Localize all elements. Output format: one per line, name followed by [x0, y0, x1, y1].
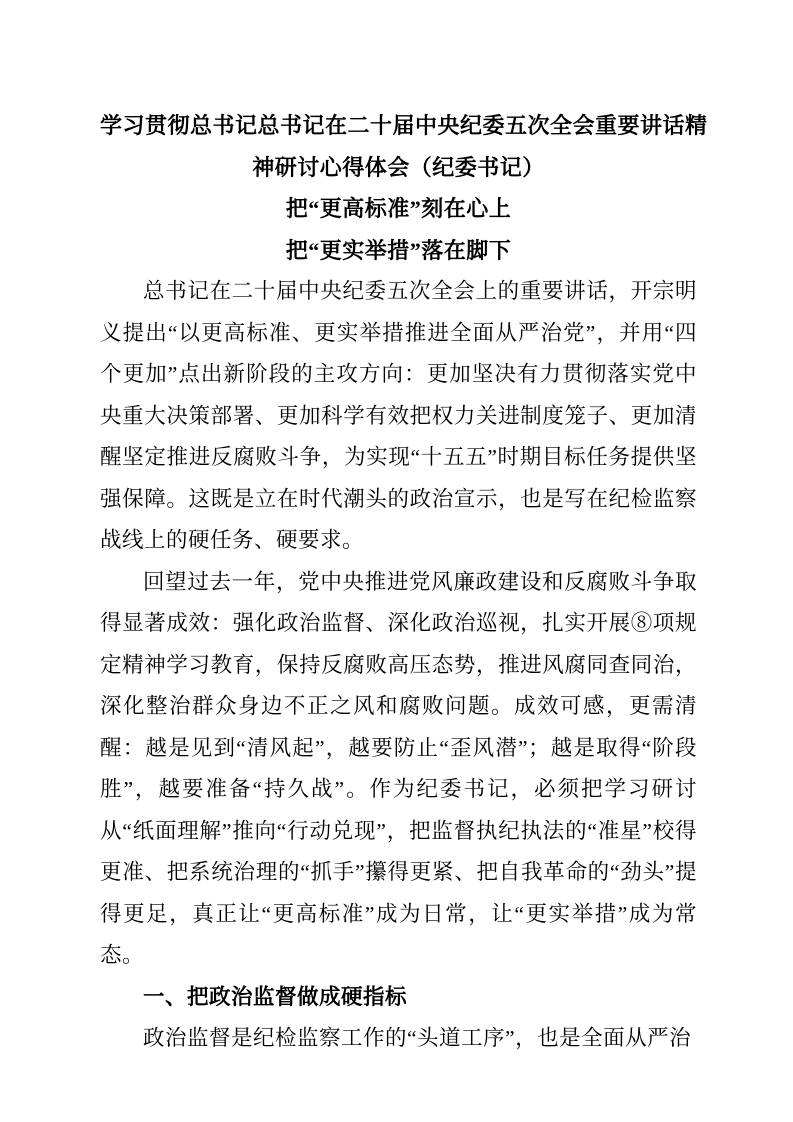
paragraph-1: 总书记在二十届中央纪委五次全会上的重要讲话，开宗明义提出“以更高标准、更实举措推… [100, 271, 697, 562]
document-title-line-1: 学习贯彻总书记总书记在二十届中央纪委五次全会重要讲话精 [100, 105, 697, 147]
document-title-line-2: 神研讨心得体会（纪委书记） [100, 147, 697, 189]
document-title: 学习贯彻总书记总书记在二十届中央纪委五次全会重要讲话精 神研讨心得体会（纪委书记… [100, 105, 697, 188]
section-heading-1: 一、把政治监督做成硬指标 [100, 977, 697, 1019]
paragraph-2: 回望过去一年，党中央推进党风廉政建设和反腐败斗争取得显著成效：强化政治监督、深化… [100, 562, 697, 977]
paragraph-3: 政治监督是纪检监察工作的“头道工序”，也是全面从严治 [100, 1018, 697, 1060]
document-subtitle-line-2: 把“更实举措”落在脚下 [100, 230, 697, 272]
document-subtitle-line-1: 把“更高标准”刻在心上 [100, 188, 697, 230]
document-page: 学习贯彻总书记总书记在二十届中央纪委五次全会重要讲话精 神研讨心得体会（纪委书记… [0, 0, 793, 1122]
